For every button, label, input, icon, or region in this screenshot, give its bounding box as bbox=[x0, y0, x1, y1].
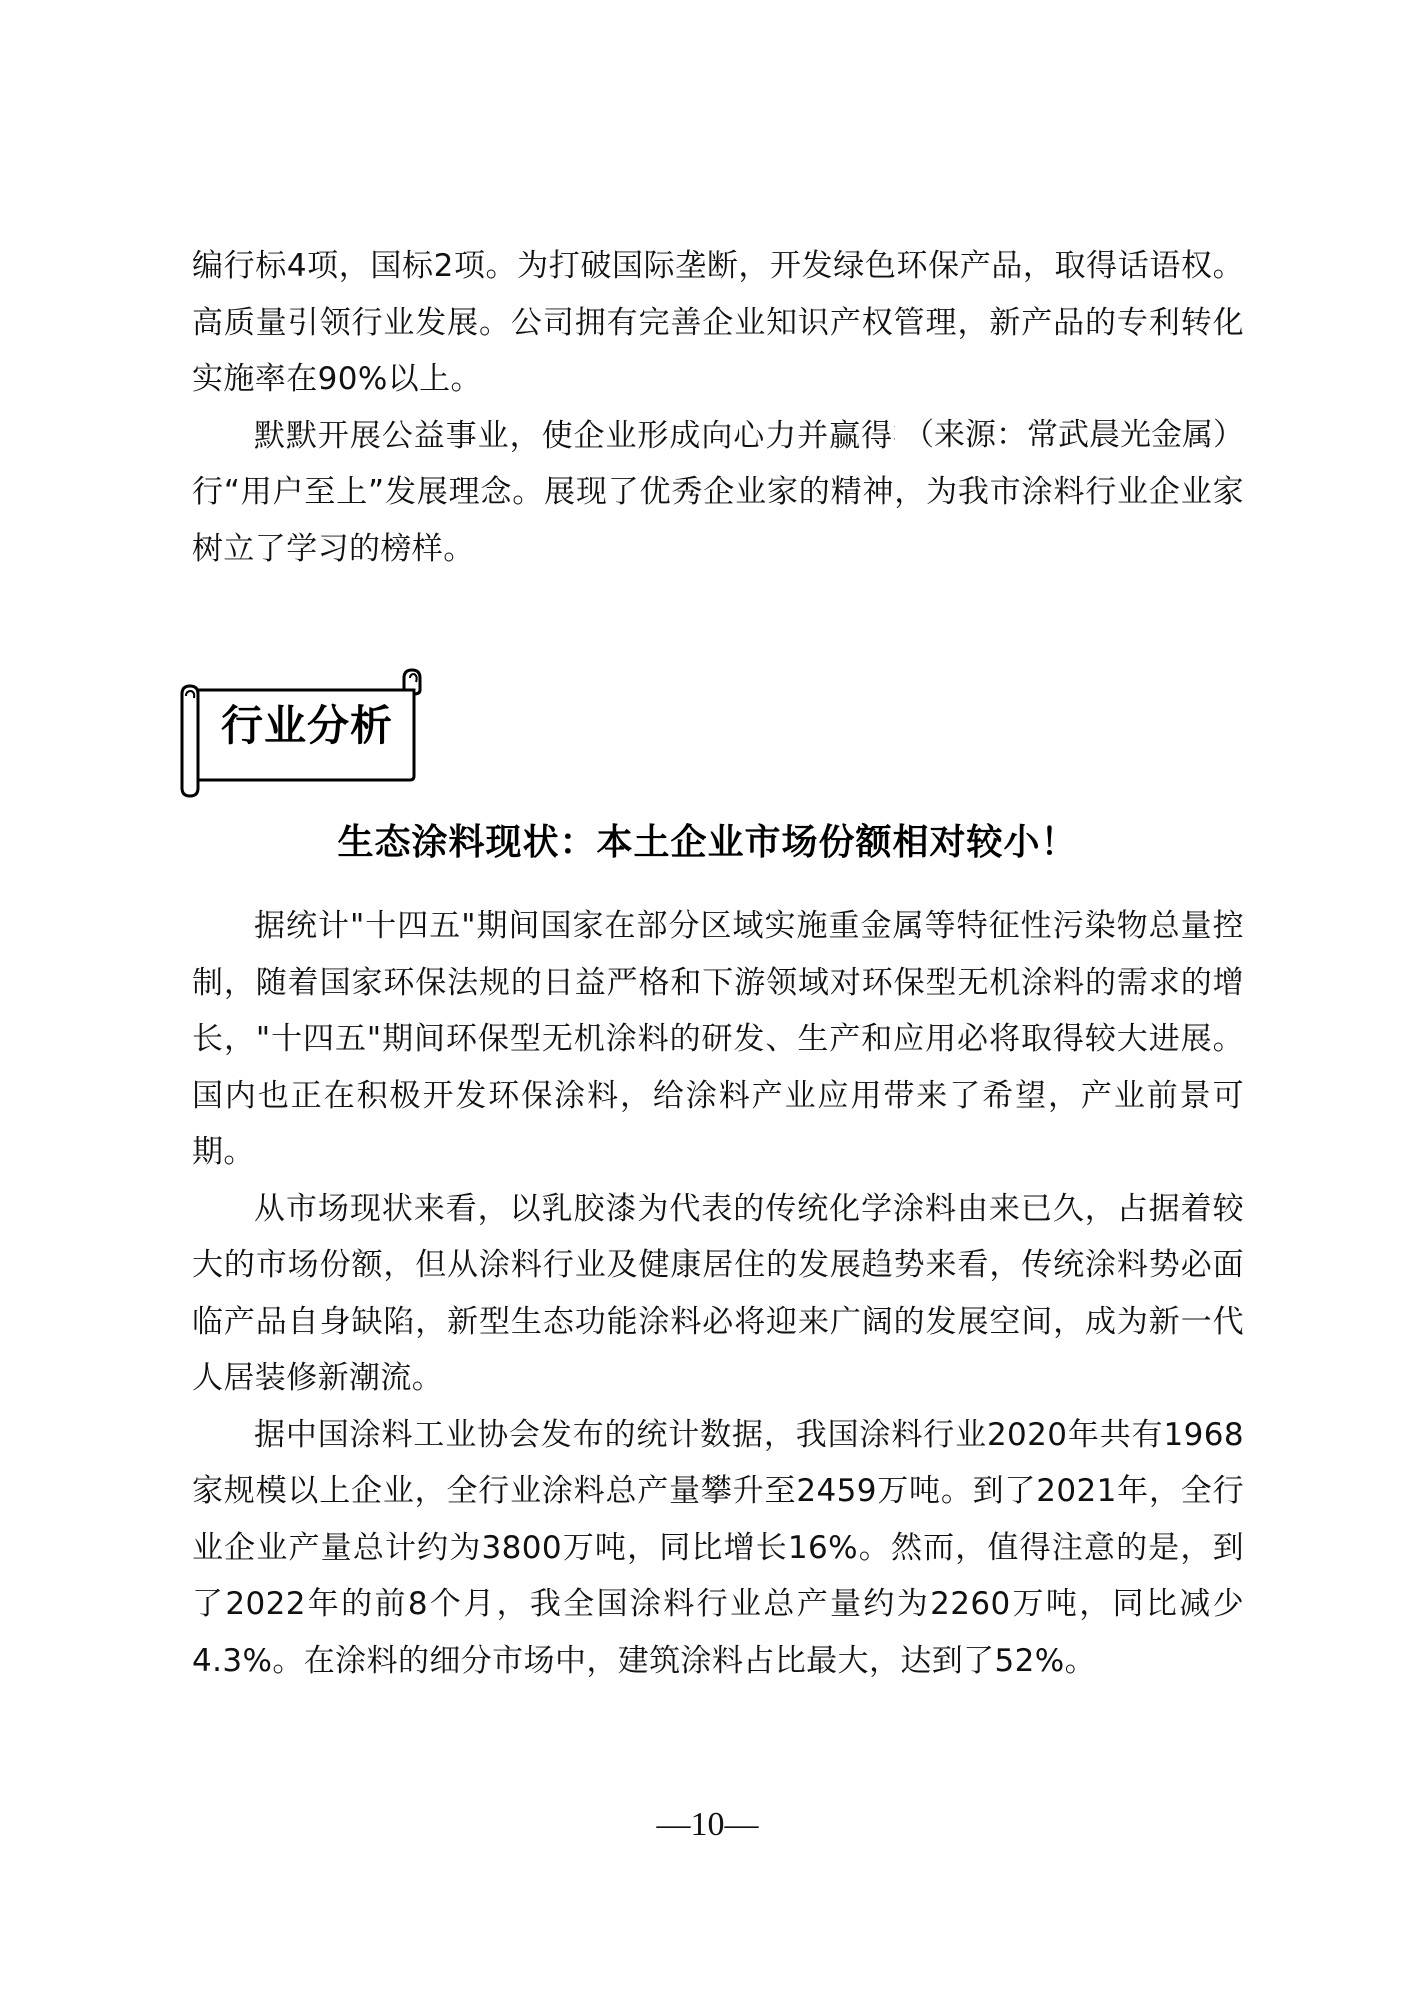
page-number: —10— bbox=[0, 1806, 1415, 1844]
section-banner-label: 行业分析 bbox=[202, 696, 412, 756]
article-title: 生态涂料现状：本土企业市场份额相对较小！ bbox=[0, 812, 1415, 872]
paragraph: 编行标4项，国标2项。为打破国际垄断，开发绿色环保产品，取得话语权。高质量引领行… bbox=[192, 238, 1244, 408]
paragraph: 据统计"十四五"期间国家在部分区域实施重金属等特征性污染物总量控制，随着国家环保… bbox=[192, 898, 1244, 1181]
source-note: （来源：常武晨光金属） bbox=[895, 417, 1244, 453]
article-body: 据统计"十四五"期间国家在部分区域实施重金属等特征性污染物总量控制，随着国家环保… bbox=[192, 898, 1244, 1689]
source-note-line: （来源：常武晨光金属） bbox=[192, 407, 1244, 464]
paragraph: 据中国涂料工业协会发布的统计数据，我国涂料行业2020年共有1968家规模以上企… bbox=[192, 1407, 1244, 1690]
document-page: 编行标4项，国标2项。为打破国际垄断，开发绿色环保产品，取得话语权。高质量引领行… bbox=[0, 0, 1415, 2000]
paragraph: 从市场现状来看，以乳胶漆为代表的传统化学涂料由来已久，占据着较大的市场份额，但从… bbox=[192, 1181, 1244, 1407]
section-banner: 行业分析 bbox=[172, 664, 428, 798]
